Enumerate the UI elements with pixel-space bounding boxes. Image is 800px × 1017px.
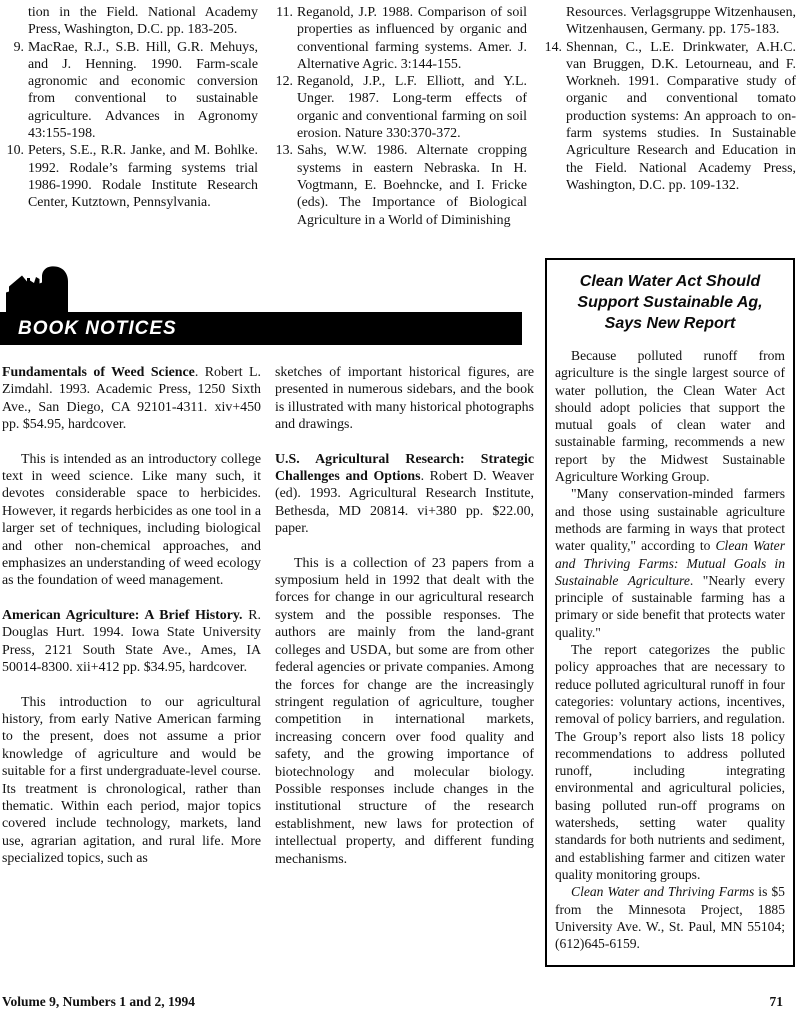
book-title: American Agriculture: A Brief History.: [2, 608, 243, 623]
book-citation: Fundamentals of Weed Science. Robert L. …: [2, 364, 261, 434]
references-section: tion in the Field. National Academy Pres…: [2, 4, 796, 229]
book-review-continuation: sketches of important historical figures…: [275, 364, 534, 434]
references-column-1: tion in the Field. National Academy Pres…: [2, 4, 258, 229]
reference-item-13: 13. Sahs, W.W. 1986. Alternate cropping …: [271, 142, 527, 228]
clean-water-article-box: Clean Water Act Should Support Sustainab…: [545, 258, 795, 967]
article-paragraph-1: Because polluted runoff from agriculture…: [555, 347, 785, 485]
book-title: Fundamentals of Weed Science: [2, 365, 195, 380]
book-notices-title: BOOK NOTICES: [0, 318, 177, 340]
book-citation: U.S. Agricultural Research: Strategic Ch…: [275, 451, 534, 538]
journal-page: tion in the Field. National Academy Pres…: [0, 0, 800, 1017]
report-title-italic: Clean Water and Thriving Farms: [571, 884, 754, 899]
volume-footer: Volume 9, Numbers 1 and 2, 1994: [2, 994, 195, 1010]
reference-text: Sahs, W.W. 1986. Alternate cropping syst…: [297, 142, 527, 228]
reference-number: 9.: [2, 39, 24, 143]
reference-continuation: tion in the Field. National Academy Pres…: [28, 4, 258, 39]
reference-item-11: 11. Reganold, J.P. 1988. Comparison of s…: [271, 4, 527, 73]
book-notices-banner: BOOK NOTICES: [0, 312, 522, 345]
reference-number: 11.: [271, 4, 293, 73]
reference-text: Reganold, J.P. 1988. Comparison of soil …: [297, 4, 527, 73]
page-number: 71: [770, 994, 784, 1010]
book-notices-column-2: sketches of important historical figures…: [275, 364, 534, 885]
reference-continuation: Resources. Verlagsgruppe Witzenhausen, W…: [566, 4, 796, 39]
book-notices-column-1: Fundamentals of Weed Science. Robert L. …: [2, 364, 261, 885]
farm-buildings-icon: [4, 265, 72, 313]
book-review-paragraph: This is a collection of 23 papers from a…: [275, 555, 534, 868]
article-title: Clean Water Act Should Support Sustainab…: [557, 271, 783, 334]
reference-item-10: 10. Peters, S.E., R.R. Janke, and M. Boh…: [2, 142, 258, 211]
reference-text: Reganold, J.P., L.F. Elliott, and Y.L. U…: [297, 73, 527, 142]
article-paragraph-4: Clean Water and Thriving Farms is $5 fro…: [555, 883, 785, 952]
book-review-paragraph: This introduction to our agricultural hi…: [2, 694, 261, 868]
article-paragraph-2: "Many conservation-minded farmers and th…: [555, 485, 785, 641]
reference-item-9: 9. MacRae, R.J., S.B. Hill, G.R. Mehuys,…: [2, 39, 258, 143]
reference-text: Shennan, C., L.E. Drinkwater, A.H.C. van…: [566, 39, 796, 195]
reference-text: Peters, S.E., R.R. Janke, and M. Bohlke.…: [28, 142, 258, 211]
reference-number: 12.: [271, 73, 293, 142]
reference-number: 10.: [2, 142, 24, 211]
article-paragraph-3: The report categorizes the public policy…: [555, 641, 785, 883]
reference-item-12: 12. Reganold, J.P., L.F. Elliott, and Y.…: [271, 73, 527, 142]
reference-number: 14.: [540, 39, 562, 195]
reference-text: MacRae, R.J., S.B. Hill, G.R. Mehuys, an…: [28, 39, 258, 143]
book-citation: American Agriculture: A Brief History. R…: [2, 607, 261, 677]
reference-number: 13.: [271, 142, 293, 228]
book-notices-section: Fundamentals of Weed Science. Robert L. …: [2, 364, 534, 885]
references-column-3: Resources. Verlagsgruppe Witzenhausen, W…: [540, 4, 796, 229]
references-column-2: 11. Reganold, J.P. 1988. Comparison of s…: [271, 4, 527, 229]
book-review-paragraph: This is intended as an introductory coll…: [2, 451, 261, 590]
reference-item-14: 14. Shennan, C., L.E. Drinkwater, A.H.C.…: [540, 39, 796, 195]
